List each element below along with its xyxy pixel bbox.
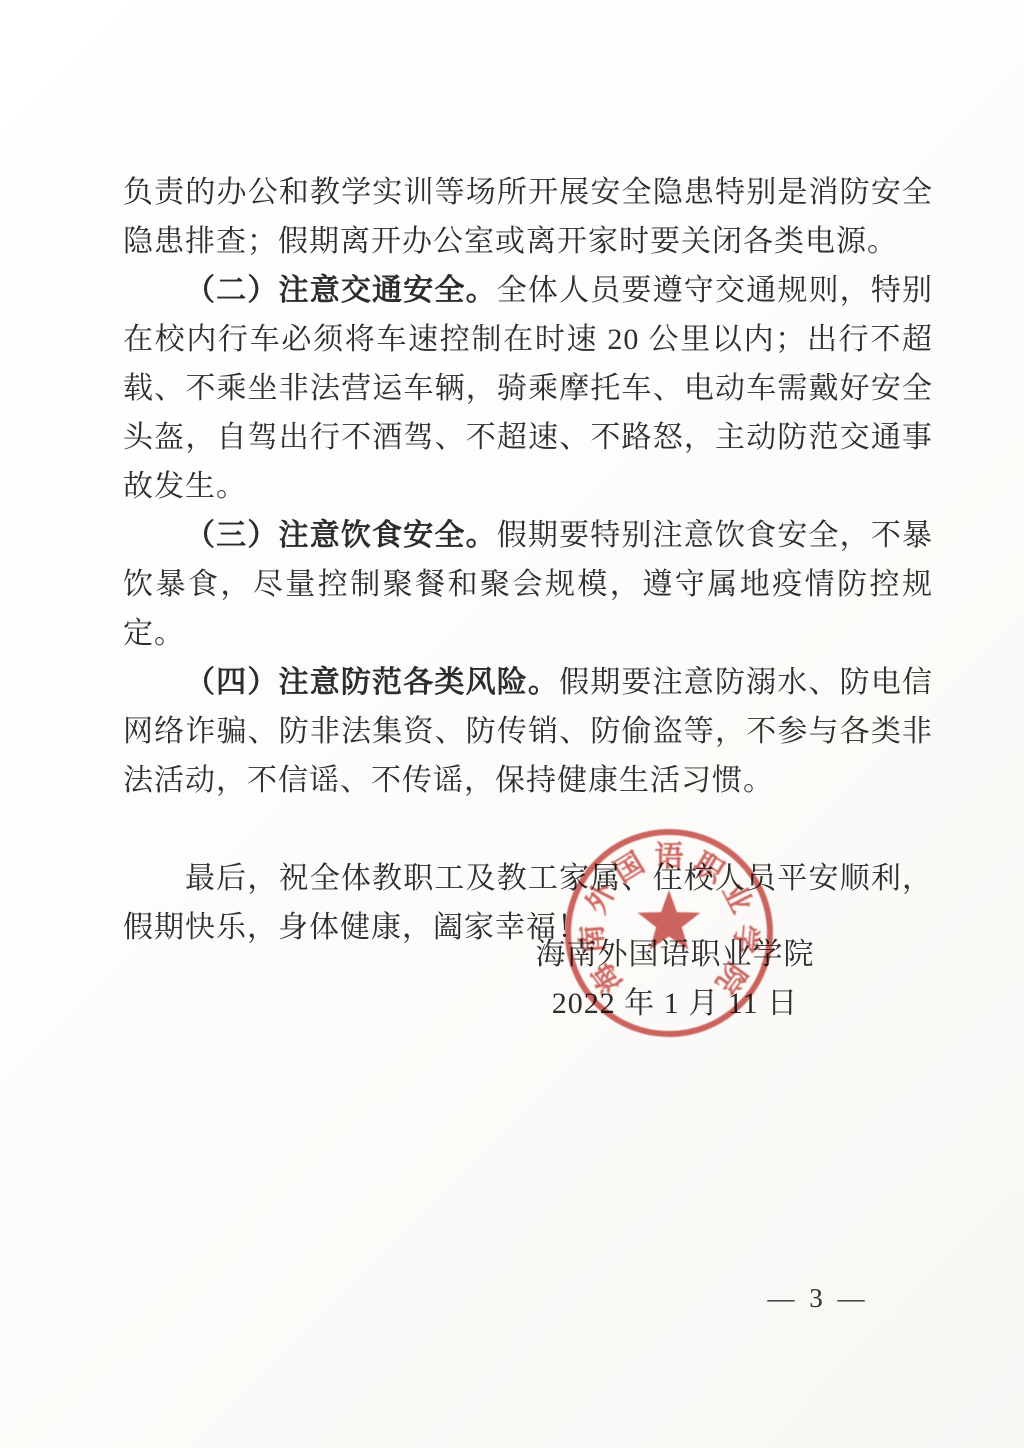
paragraph-continuation: 负责的办公和教学实训等场所开展安全隐患特别是消防安全隐患排查；假期离开办公室或离… (123, 168, 933, 266)
paragraph-lead: （四）注意防范各类风险。 (185, 666, 559, 699)
paragraph-text: 负责的办公和教学实训等场所开展安全隐患特别是消防安全隐患排查；假期离开办公室或离… (123, 176, 933, 258)
signature-date: 2022 年 1 月 11 日 (505, 979, 845, 1028)
signature-org: 海南外国语职业学院 (505, 930, 845, 979)
paragraph-lead: （二）注意交通安全。 (185, 274, 497, 307)
document-body: 负责的办公和教学实训等场所开展安全隐患特别是消防安全隐患排查；假期离开办公室或离… (123, 168, 933, 952)
signature-block: 海南外国语职业学院 2022 年 1 月 11 日 (505, 930, 845, 1028)
paragraph-text: 全体人员要遵守交通规则，特别在校内行车必须将车速控制在时速 20 公里以内；出行… (123, 274, 933, 503)
paragraph-item-4: （四）注意防范各类风险。假期要注意防溺水、防电信网络诈骗、防非法集资、防传销、防… (123, 658, 933, 805)
scanned-document-page: 负责的办公和教学实训等场所开展安全隐患特别是消防安全隐患排查；假期离开办公室或离… (0, 0, 1024, 1448)
paragraph-item-2: （二）注意交通安全。全体人员要遵守交通规则，特别在校内行车必须将车速控制在时速 … (123, 266, 933, 511)
paragraph-lead: （三）注意饮食安全。 (185, 519, 497, 552)
paragraph-item-3: （三）注意饮食安全。假期要特别注意饮食安全，不暴饮暴食，尽量控制聚餐和聚会规模，… (123, 511, 933, 658)
page-number: — 3 — (758, 1283, 878, 1314)
